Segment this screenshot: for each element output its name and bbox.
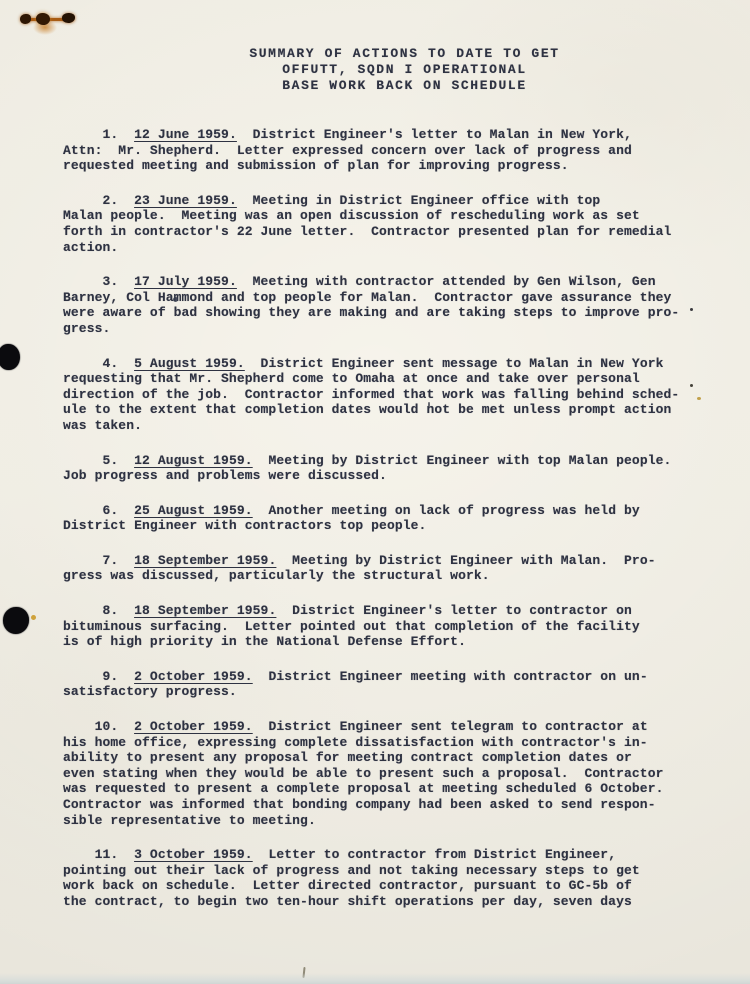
item-number: 10. <box>63 719 134 734</box>
list-item-2: 2. 23 June 1959. Meeting in District Eng… <box>63 193 708 255</box>
item-date: 2 October 1959. <box>134 719 253 734</box>
list-item-4: 4. 5 August 1959. District Engineer sent… <box>63 356 708 434</box>
item-date: 3 October 1959. <box>134 847 253 862</box>
item-number: 1. <box>63 127 134 142</box>
rust-blob-left <box>20 14 31 24</box>
item-number: 9. <box>63 669 134 684</box>
list-item-1: 1. 12 June 1959. District Engineer's let… <box>63 127 708 174</box>
item-date: 17 July 1959. <box>134 274 237 289</box>
document-body: SUMMARY OF ACTIONS TO DATE TO GET OFFUTT… <box>63 46 708 929</box>
item-text: District Engineer sent telegram to contr… <box>63 719 664 828</box>
rust-blob-middle <box>36 13 50 25</box>
ink-speck <box>428 402 430 407</box>
list-item-8: 8. 18 September 1959. District Engineer'… <box>63 603 708 650</box>
item-number: 6. <box>63 503 134 518</box>
page-title: SUMMARY OF ACTIONS TO DATE TO GET OFFUTT… <box>101 46 708 94</box>
item-date: 12 June 1959. <box>134 127 237 142</box>
item-number: 3. <box>63 274 134 289</box>
item-date: 18 September 1959. <box>134 553 276 568</box>
ink-speck <box>690 384 693 387</box>
item-date: 25 August 1959. <box>134 503 253 518</box>
list-item-7: 7. 18 September 1959. Meeting by Distric… <box>63 553 708 584</box>
item-number: 7. <box>63 553 134 568</box>
list-item-3: 3. 17 July 1959. Meeting with contractor… <box>63 274 708 336</box>
punch-hole-dot-bottom <box>3 607 29 634</box>
ink-speck <box>690 308 693 311</box>
item-date: 18 September 1959. <box>134 603 276 618</box>
item-date: 2 October 1959. <box>134 669 253 684</box>
scan-edge-shadow <box>0 973 750 984</box>
item-date: 23 June 1959. <box>134 193 237 208</box>
item-date: 5 August 1959. <box>134 356 245 371</box>
item-number: 5. <box>63 453 134 468</box>
rust-stain <box>20 11 82 35</box>
list-item-5: 5. 12 August 1959. Meeting by District E… <box>63 453 708 484</box>
item-number: 8. <box>63 603 134 618</box>
list-item-9: 9. 2 October 1959. District Engineer mee… <box>63 669 708 700</box>
paper-speck <box>697 397 701 400</box>
item-number: 11. <box>63 847 134 862</box>
typewriter-overstrike-mark <box>173 297 178 302</box>
item-date: 12 August 1959. <box>134 453 253 468</box>
scanned-page: SUMMARY OF ACTIONS TO DATE TO GET OFFUTT… <box>0 0 750 984</box>
rust-blob-right <box>62 13 75 23</box>
item-number: 2. <box>63 193 134 208</box>
list-item-6: 6. 25 August 1959. Another meeting on la… <box>63 503 708 534</box>
list-item-11: 11. 3 October 1959. Letter to contractor… <box>63 847 708 909</box>
list-item-10: 10. 2 October 1959. District Engineer se… <box>63 719 708 828</box>
yellow-speck <box>31 615 36 620</box>
item-number: 4. <box>63 356 134 371</box>
punch-hole-dot-top <box>0 344 20 370</box>
